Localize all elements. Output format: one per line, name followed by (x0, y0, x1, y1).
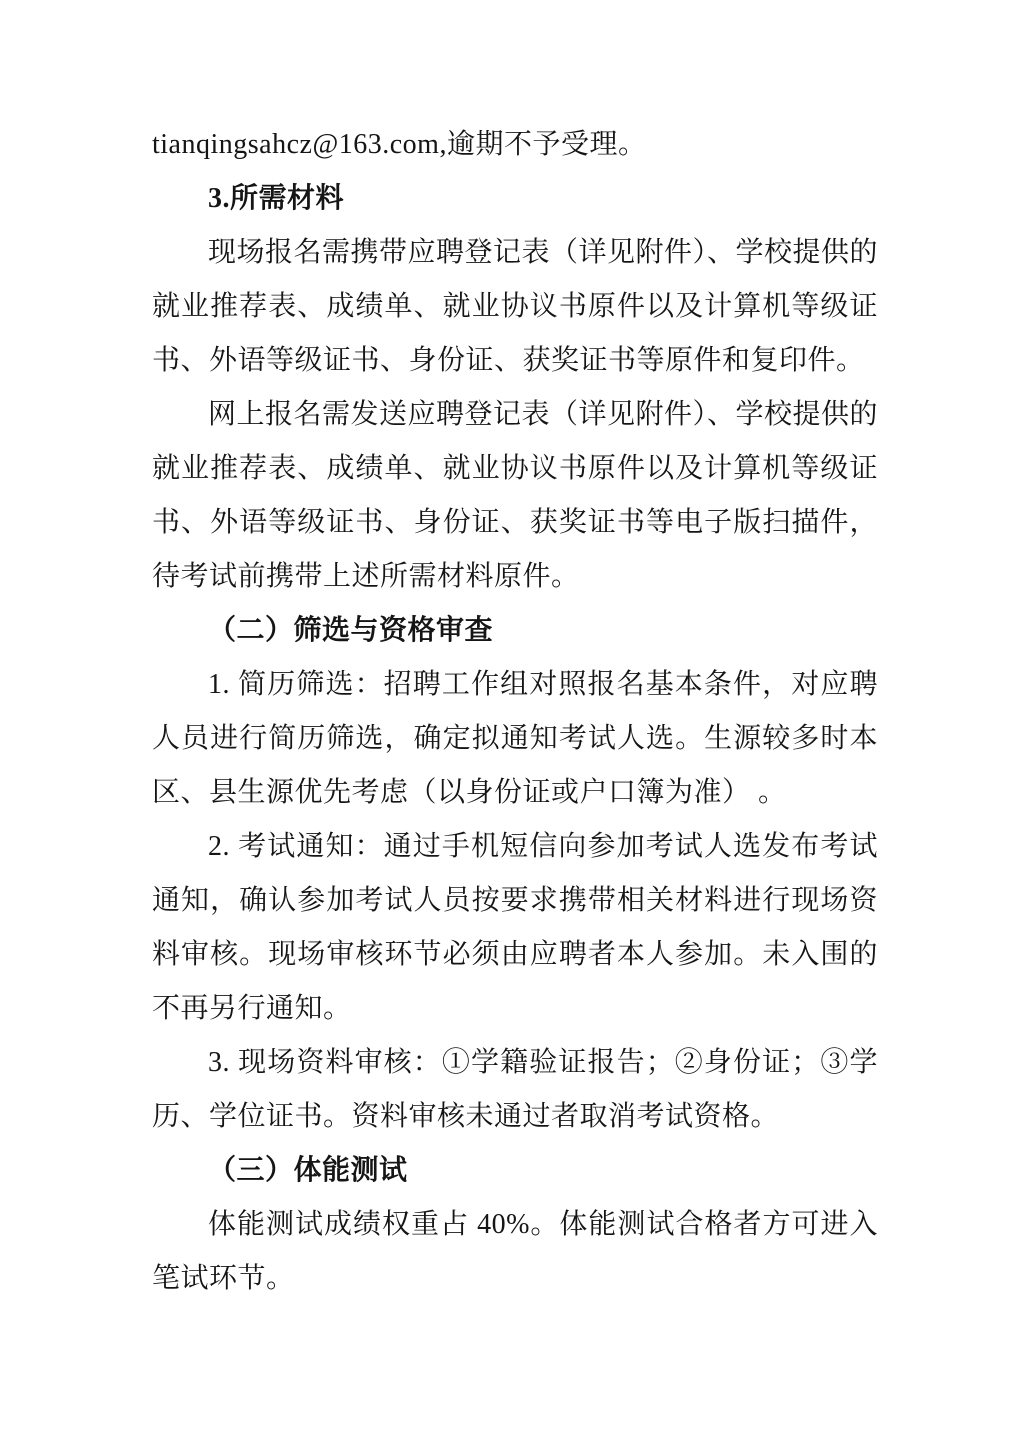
paragraph: 1. 简历筛选：招聘工作组对照报名基本条件，对应聘人员进行简历筛选，确定拟通知考… (152, 658, 878, 820)
document-page: tianqingsahcz@163.com,逾期不予受理。3.所需材料现场报名需… (0, 0, 1024, 1448)
section-heading: （三）体能测试 (152, 1144, 878, 1198)
paragraph: 现场报名需携带应聘登记表（详见附件）、学校提供的就业推荐表、成绩单、就业协议书原… (152, 226, 878, 388)
section-heading: （二）筛选与资格审查 (152, 604, 878, 658)
document-content: tianqingsahcz@163.com,逾期不予受理。3.所需材料现场报名需… (152, 118, 878, 1306)
paragraph: 3. 现场资料审核：①学籍验证报告；②身份证；③学历、学位证书。资料审核未通过者… (152, 1036, 878, 1144)
section-heading: 3.所需材料 (152, 172, 878, 226)
paragraph: 体能测试成绩权重占 40%。体能测试合格者方可进入笔试环节。 (152, 1198, 878, 1306)
paragraph: tianqingsahcz@163.com,逾期不予受理。 (152, 118, 878, 172)
paragraph: 2. 考试通知：通过手机短信向参加考试人选发布考试通知，确认参加考试人员按要求携… (152, 820, 878, 1036)
paragraph: 网上报名需发送应聘登记表（详见附件）、学校提供的就业推荐表、成绩单、就业协议书原… (152, 388, 878, 604)
